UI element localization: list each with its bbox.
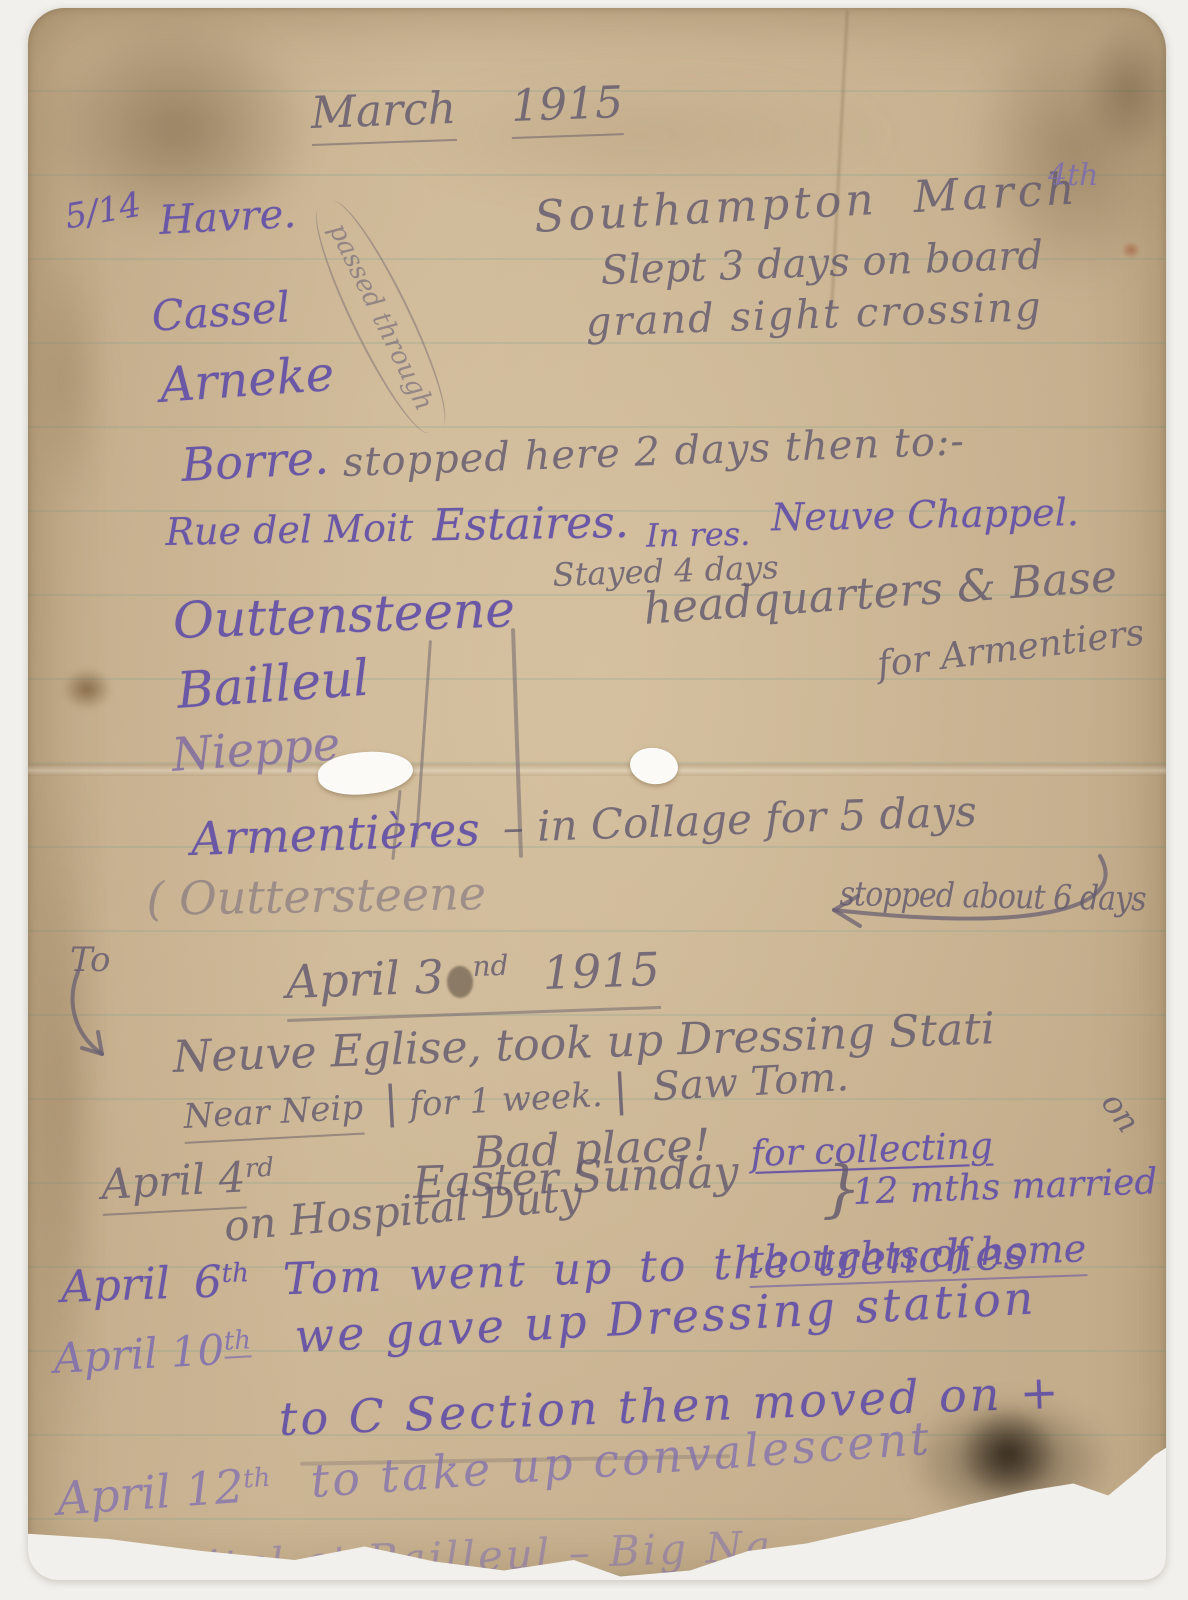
to-label: To (70, 940, 111, 980)
station-tail: on (1094, 1085, 1148, 1139)
april-6-date: April 6 (60, 1256, 223, 1313)
place-armentieres: Armentières (190, 802, 481, 866)
stain-left-edge-upper (28, 250, 108, 510)
ink-blot (446, 965, 473, 998)
april-2nd-date: April 3 (285, 949, 445, 1008)
title-year: 1915 (510, 77, 624, 139)
stain-left-dot (62, 668, 112, 710)
unit-number: 5/14 (62, 185, 144, 238)
april-2nd-heading: April 3nd1915 (285, 942, 661, 1022)
april-2nd-year: 1915 (542, 942, 661, 1000)
for-one-week: for 1 week. (408, 1075, 603, 1125)
line-slept: Slept 3 days on board (600, 233, 1044, 294)
place-outtersteene: ( Outtersteene (146, 866, 486, 926)
scan-background: March1915 5/14 Havre. Southampton March … (0, 0, 1188, 1600)
note-stopped-6-days: stopped about 6 days (839, 874, 1146, 919)
passed-through-label: passed through (322, 219, 439, 416)
april-10-date: April 10 (52, 1325, 225, 1383)
line-rue-estaires: Rue del Moit Estaires. In res. Neuve Cha… (165, 489, 1079, 556)
april-10-suffix: th (223, 1325, 252, 1358)
title-month: March (310, 83, 457, 146)
april-6-suffix: th (221, 1258, 249, 1289)
april-12-date: April 12 (55, 1459, 246, 1526)
place-havre: Havre. (158, 191, 297, 244)
saw-tom: Saw Tom. (651, 1054, 850, 1110)
place-bailleul: Bailleul (175, 649, 371, 720)
place-rue-del-moit: Rue del Moit (165, 506, 414, 554)
place-estaires: Estaires. (432, 497, 629, 551)
diary-page: March1915 5/14 Havre. Southampton March … (28, 8, 1166, 1580)
bracket-bar-left: | (382, 1077, 399, 1129)
note-for-armentiers: for Armentiers (875, 612, 1146, 685)
april-2nd-suffix: nd (472, 949, 509, 983)
torn-hole-right (628, 745, 681, 787)
line-southampton: Southampton March (533, 163, 1080, 242)
place-arneke: Arneke (158, 346, 336, 414)
april-12-suffix: th (242, 1463, 271, 1495)
page-title: March1915 (310, 77, 624, 139)
passed-through-banner: passed through (300, 192, 462, 442)
near-neip: Near Neip (182, 1088, 364, 1144)
to-arrow (62, 968, 142, 1068)
place-neuve-chappel: Neuve Chappel. (771, 490, 1080, 539)
bracket-bar-right: | (612, 1065, 629, 1117)
place-outtensteene: Outtensteene (172, 580, 516, 650)
stain-top-right-corner (1080, 20, 1166, 160)
place-borre: Borre. (180, 430, 330, 492)
place-cassel: Cassel (150, 282, 292, 341)
southampton-day: 4th (1048, 158, 1098, 193)
stain-rust-dot (1122, 242, 1140, 258)
line-crossing: grand sight crossing (585, 284, 1043, 346)
april-4th-suffix: rd (244, 1153, 275, 1184)
note-hospital-duty: on Hospital Duty (222, 1171, 584, 1251)
